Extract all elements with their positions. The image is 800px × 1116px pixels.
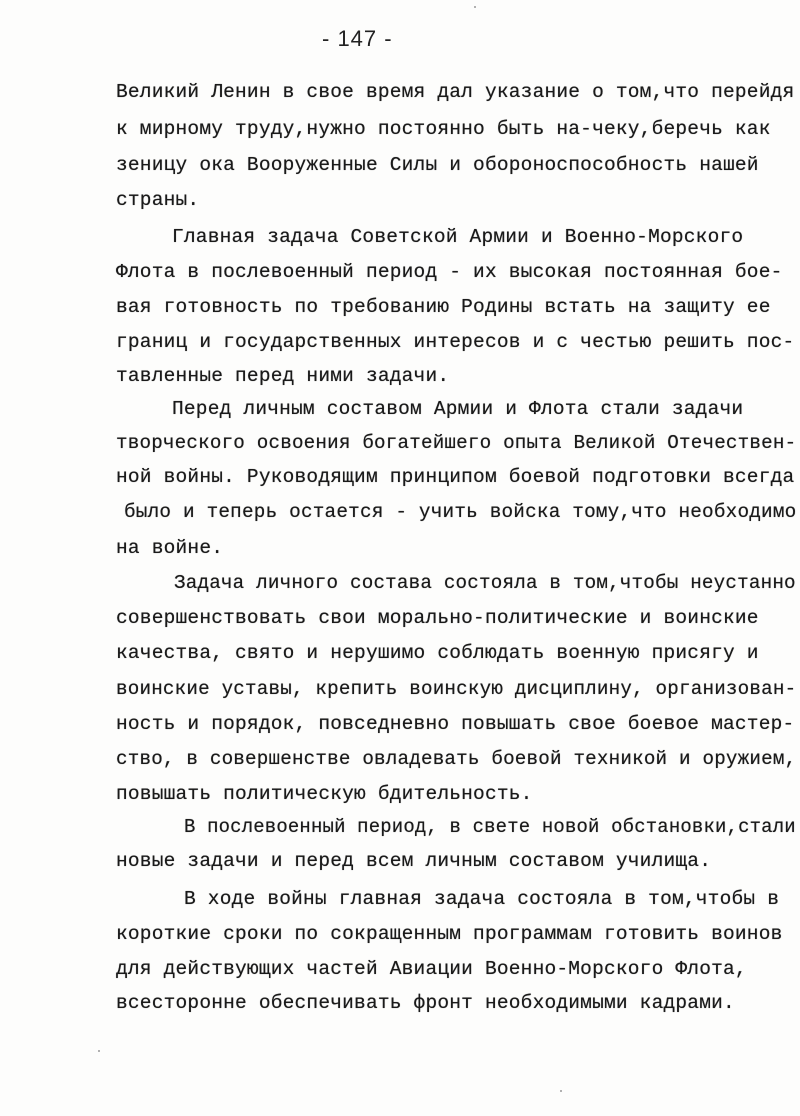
text-line: на войне.: [116, 536, 223, 560]
text-line: ной войны. Руководящим принципом боевой …: [116, 465, 794, 489]
text-line: В послевоенный период, в свете новой обс…: [184, 815, 796, 839]
text-line: границ и государственных интересов и с ч…: [116, 330, 794, 354]
text-line: всесторонне обеспечивать фронт необходим…: [116, 991, 735, 1015]
document-page: - 147 - Великий Ленин в свое время дал у…: [0, 0, 800, 1116]
text-line: воинские уставы, крепить воинскую дисцип…: [116, 677, 796, 701]
text-line: ство, в совершенстве овладевать боевой т…: [116, 747, 796, 771]
text-line: повышать политическую бдительность.: [116, 782, 533, 806]
text-line: для действующих частей Авиации Военно-Мо…: [116, 957, 747, 981]
scan-speck: [98, 1050, 100, 1052]
text-line: короткие сроки по сокращенным программам…: [116, 922, 783, 946]
text-line: Великий Ленин в свое время дал указание …: [116, 80, 794, 104]
text-line: зеницу ока Вооруженные Силы и обороноспо…: [116, 153, 759, 177]
text-line: Флота в послевоенный период - их высокая…: [116, 260, 783, 284]
text-line: В ходе войны главная задача состояла в т…: [184, 887, 779, 911]
text-line: тавленные перед ними задачи.: [116, 364, 449, 388]
text-line: вая готовность по требованию Родины вста…: [116, 295, 771, 319]
page-number: - 147 -: [322, 26, 393, 52]
text-line: Задача личного состава состояла в том,чт…: [174, 571, 796, 595]
text-line: качества, свято и нерушимо соблюдать вое…: [116, 641, 759, 665]
text-line: к мирному труду,нужно постоянно быть на-…: [116, 117, 771, 141]
text-line: ность и порядок, повседневно повышать св…: [116, 712, 794, 736]
text-line: Перед личным составом Армии и Флота стал…: [172, 397, 743, 421]
scan-speck: [560, 1090, 562, 1092]
text-line: новые задачи и перед всем личным составо…: [116, 849, 711, 873]
text-line: совершенствовать свои морально-политичес…: [116, 606, 759, 630]
scan-speck: [474, 6, 476, 8]
text-line: творческого освоения богатейшего опыта В…: [116, 431, 796, 455]
text-line: было и теперь остается - учить войска то…: [124, 500, 796, 524]
text-line: страны.: [116, 188, 199, 212]
text-line: Главная задача Советской Армии и Военно-…: [172, 225, 743, 249]
